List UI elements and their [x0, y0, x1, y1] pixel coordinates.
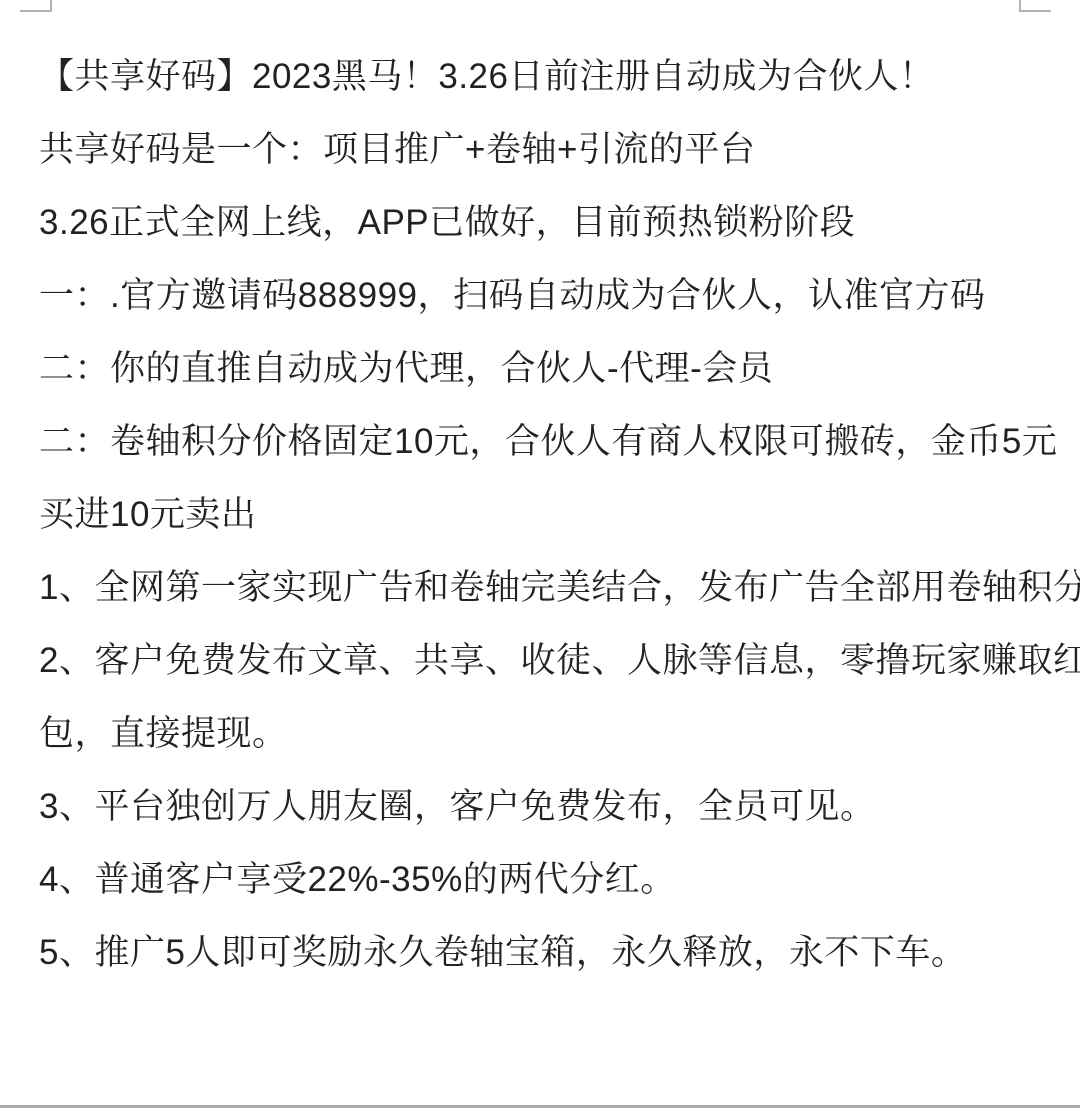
text-line: 买进10元卖出 [39, 478, 1050, 551]
text-line: 5、推广5人即可奖励永久卷轴宝箱，永久释放，永不下车。 [39, 916, 1050, 989]
text-line: 包，直接提现。 [39, 697, 1050, 770]
text-boundary-corner-mark-top-right [1019, 0, 1051, 12]
text-boundary-corner-mark-top-left [20, 0, 52, 12]
text-line: 【共享好码】2023黑马！3.26日前注册自动成为合伙人！ [39, 40, 1050, 113]
text-line: 二：卷轴积分价格固定10元，合伙人有商人权限可搬砖，金币5元 [39, 405, 1050, 478]
text-line: 3、平台独创万人朋友圈，客户免费发布，全员可见。 [39, 770, 1050, 843]
text-line: 二：你的直推自动成为代理，合伙人-代理-会员 [39, 332, 1050, 405]
text-line: 1、全网第一家实现广告和卷轴完美结合，发布广告全部用卷轴积分 [39, 551, 1050, 624]
document-page: 【共享好码】2023黑马！3.26日前注册自动成为合伙人！共享好码是一个：项目推… [0, 0, 1080, 1108]
text-line: 共享好码是一个：项目推广+卷轴+引流的平台 [39, 113, 1050, 186]
document-body: 【共享好码】2023黑马！3.26日前注册自动成为合伙人！共享好码是一个：项目推… [39, 40, 1050, 989]
text-line: 4、普通客户享受22%-35%的两代分红。 [39, 843, 1050, 916]
text-line: 2、客户免费发布文章、共享、收徒、人脉等信息，零撸玩家赚取红 [39, 624, 1050, 697]
text-line: 一：.官方邀请码888999，扫码自动成为合伙人，认准官方码 [39, 259, 1050, 332]
text-line: 3.26正式全网上线，APP已做好，目前预热锁粉阶段 [39, 186, 1050, 259]
